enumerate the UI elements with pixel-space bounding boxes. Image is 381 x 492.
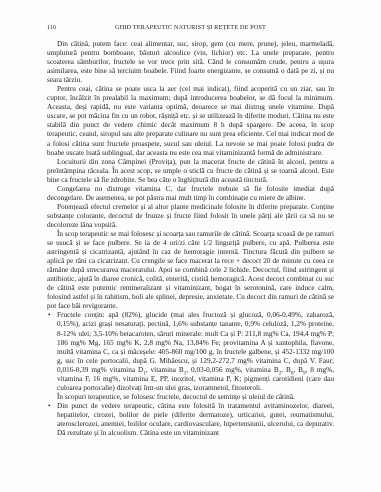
bullet-list: • Fructele conțin: apă (82%), glucide (m… <box>47 311 334 392</box>
paragraph-tincture: Locuitorii din zona Câmpinei (Provița), … <box>47 158 334 185</box>
bullet-list-2: • Din punct de vedere terapeutic, cătina… <box>47 402 334 438</box>
paragraph-bark: În scop terapeutic se mai folosesc și sc… <box>47 230 334 311</box>
bullet-icon: • <box>48 402 51 411</box>
bullet-item-composition: • Fructele conțin: apă (82%), glucide (m… <box>47 311 334 392</box>
paragraph-drying: Pentru ceai, cătina se poate usca la aer… <box>47 85 334 157</box>
bullet-item-therapeutic: • Din punct de vedere terapeutic, cătina… <box>47 402 334 438</box>
paragraph-uses: Din cătină, putem face: ceai alimentar, … <box>47 40 334 85</box>
bullet-icon: • <box>48 311 51 320</box>
paragraph-therapeutic-parts: În scopuri terapeutice, se folosesc fruc… <box>47 393 334 402</box>
running-header: 116 GHID TERAPEUTIC NATURIST ȘI REȚETE D… <box>47 24 334 36</box>
running-title: GHID TERAPEUTIC NATURIST ȘI REȚETE DE PO… <box>87 24 334 31</box>
paragraph-potentiation: Potențează efectul cremelor și al altor … <box>47 203 334 230</box>
paragraph-freezing: Congelarea nu distruge vitamina C, dar f… <box>47 185 334 203</box>
book-page: 116 GHID TERAPEUTIC NATURIST ȘI REȚETE D… <box>47 24 334 438</box>
page-number: 116 <box>47 24 87 31</box>
